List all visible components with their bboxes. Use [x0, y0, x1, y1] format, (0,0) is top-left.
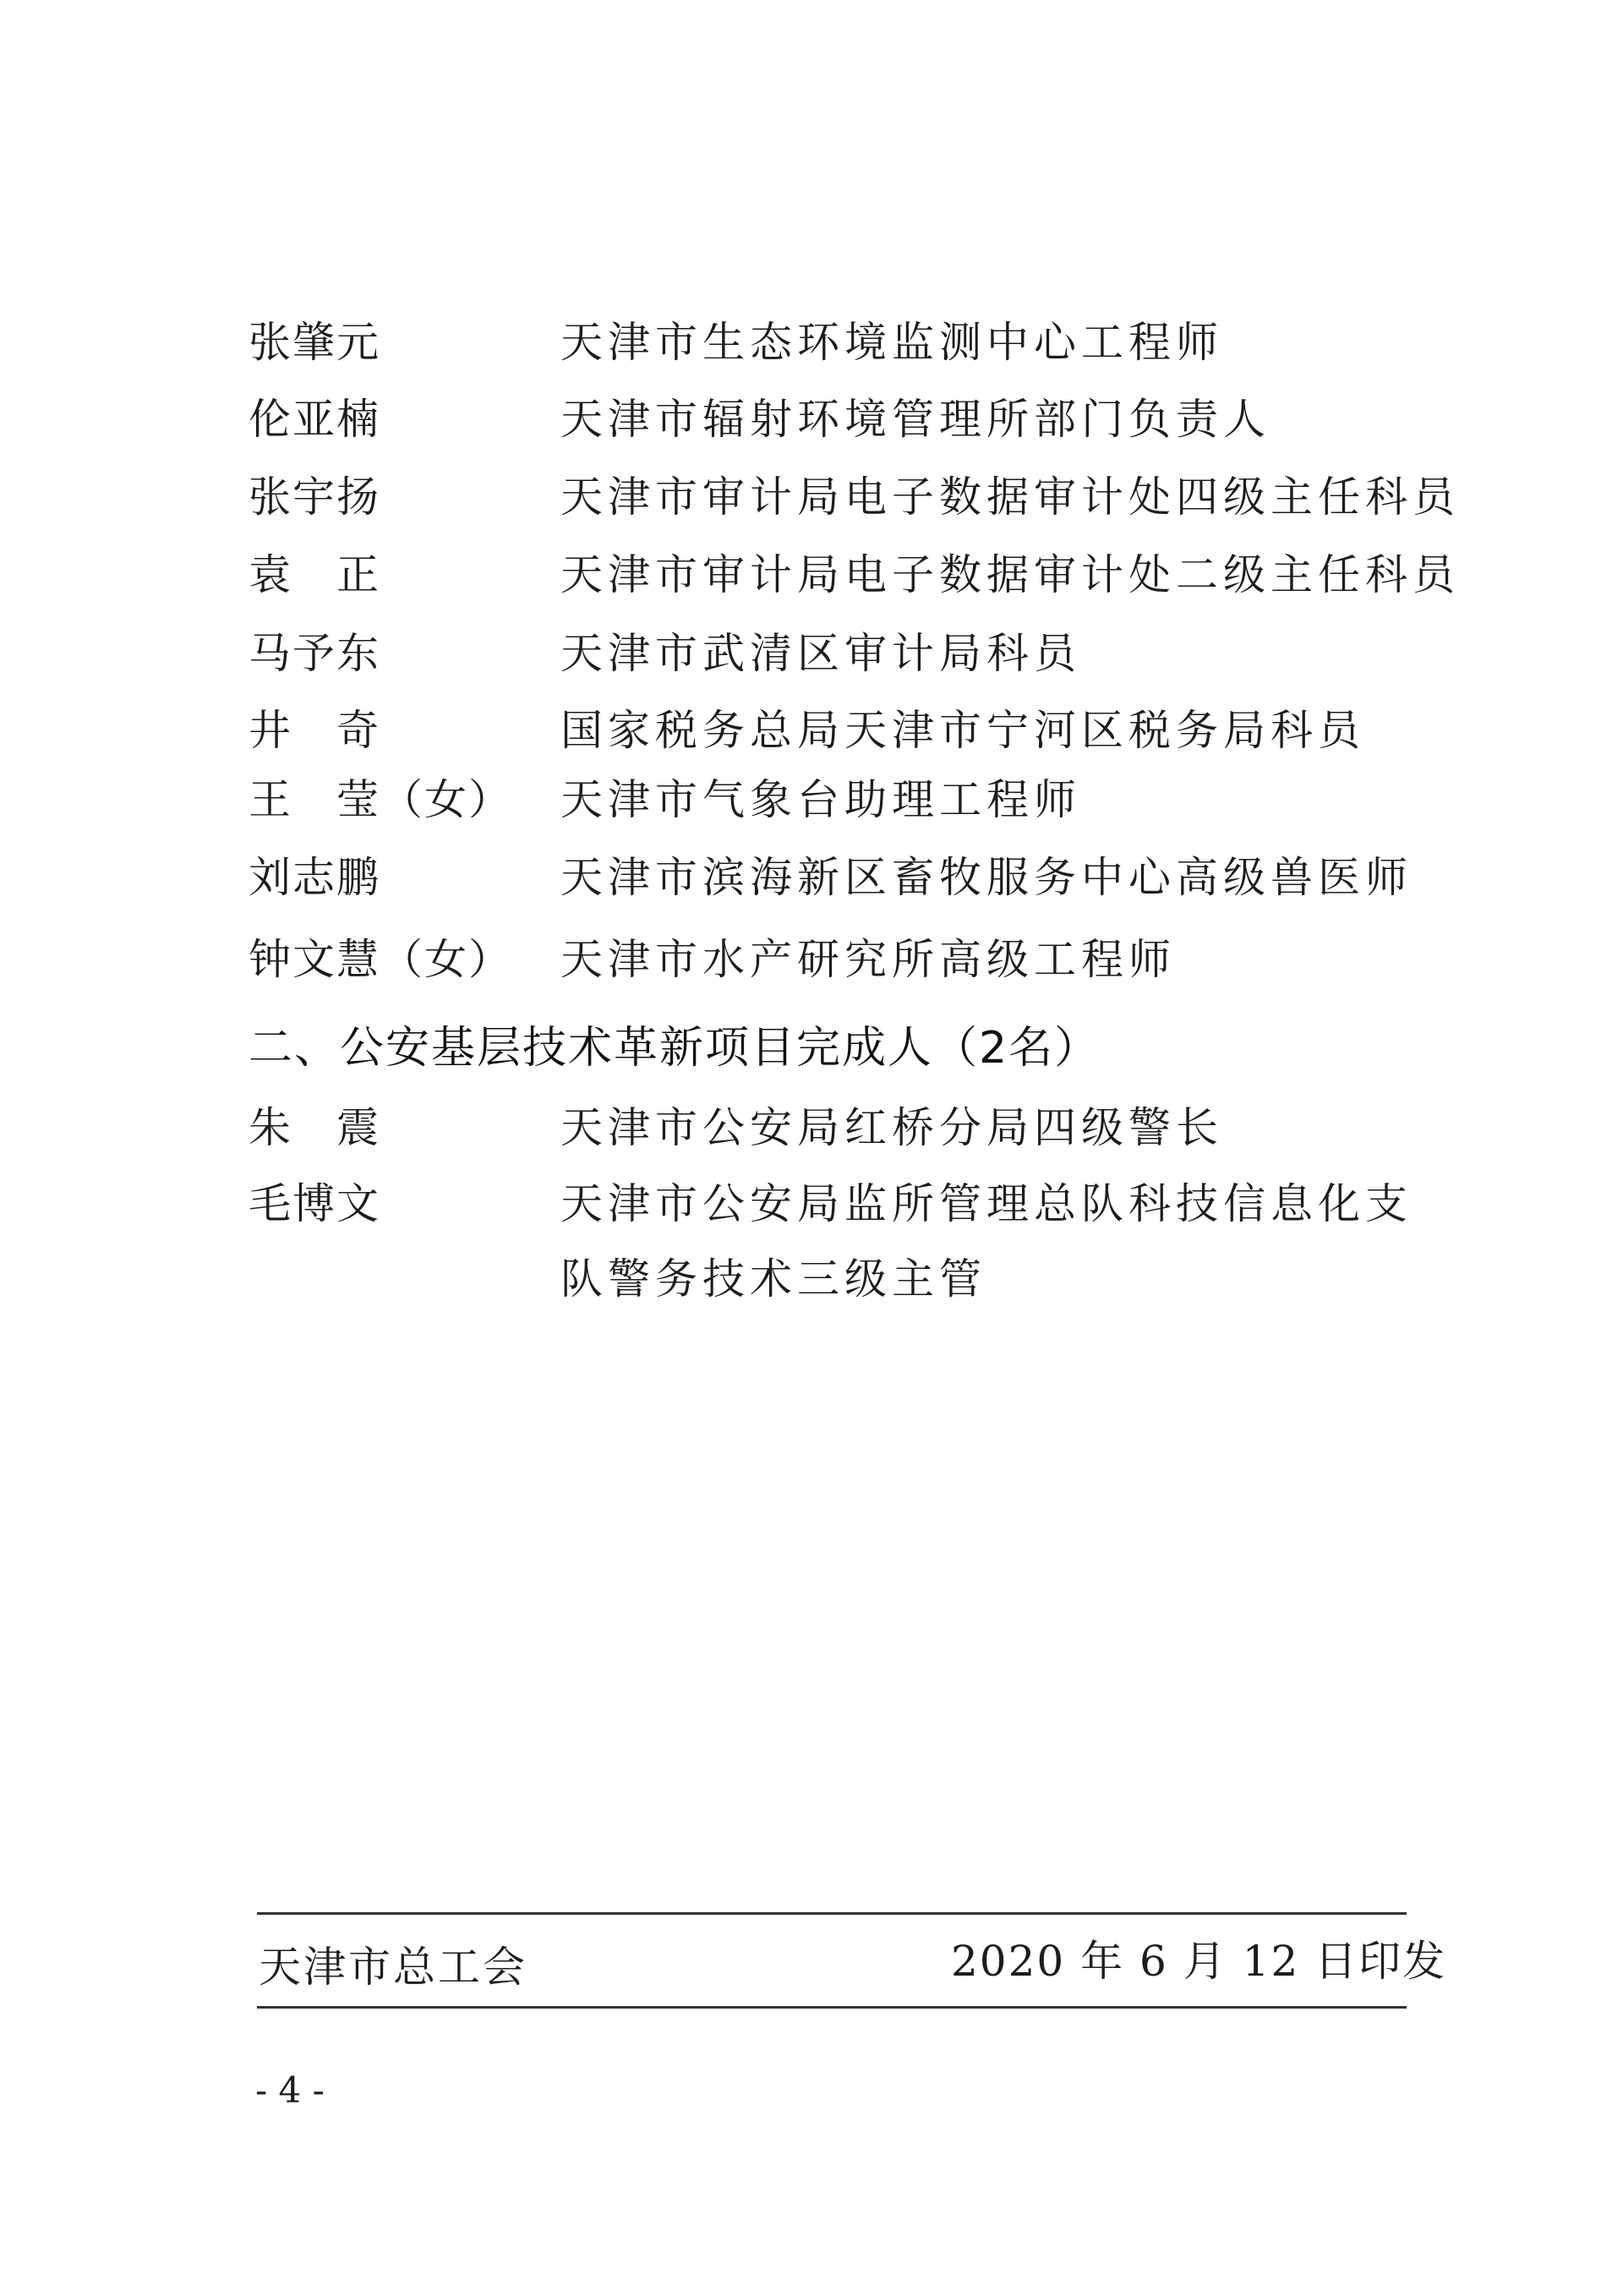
person-name: 袁 正 [249, 545, 380, 604]
issue-date: 2020 年 6 月 12 日印发 [951, 1934, 1446, 1988]
person-name: 张肇元 [249, 313, 380, 372]
person-title: 天津市生态环境监测中心工程师 [560, 313, 1223, 372]
section-heading: 二、公安基层技术革新项目完成人（2名） [249, 1019, 1100, 1078]
person-title: 天津市审计局电子数据审计处二级主任科员 [560, 545, 1460, 604]
person-title: 国家税务总局天津市宁河区税务局科员 [560, 701, 1365, 760]
person-name: 朱 震 [249, 1098, 380, 1157]
person-title: 天津市公安局红桥分局四级警长 [560, 1098, 1223, 1157]
document-page: 张肇元 天津市生态环境监测中心工程师 伦亚楠 天津市辐射环境管理所部门负责人 张… [0, 0, 1623, 2296]
person-name: 刘志鹏 [249, 848, 380, 907]
person-title: 天津市武清区审计局科员 [560, 624, 1081, 683]
person-name: 王 莹（女） [249, 770, 512, 829]
person-name: 伦亚楠 [249, 390, 380, 449]
footer-rule-top [257, 1912, 1407, 1915]
page-number: - 4 - [255, 2067, 325, 2114]
person-title: 天津市辐射环境管理所部门负责人 [560, 390, 1271, 449]
person-title: 天津市水产研究所高级工程师 [560, 930, 1176, 989]
person-name: 张宇扬 [249, 467, 380, 527]
person-name: 毛博文 [249, 1174, 380, 1233]
person-name: 井 奇 [249, 701, 380, 760]
issuer: 天津市总工会 [259, 1940, 527, 1994]
person-title-continuation: 队警务技术三级主管 [560, 1249, 986, 1309]
person-title: 天津市公安局监所管理总队科技信息化支 [560, 1174, 1413, 1233]
person-title: 天津市审计局电子数据审计处四级主任科员 [560, 467, 1460, 527]
person-title: 天津市滨海新区畜牧服务中心高级兽医师 [560, 848, 1413, 907]
person-title: 天津市气象台助理工程师 [560, 770, 1081, 829]
person-name: 钟文慧（女） [249, 930, 512, 989]
person-name: 马予东 [249, 624, 380, 683]
footer-rule-bottom [257, 2006, 1407, 2009]
